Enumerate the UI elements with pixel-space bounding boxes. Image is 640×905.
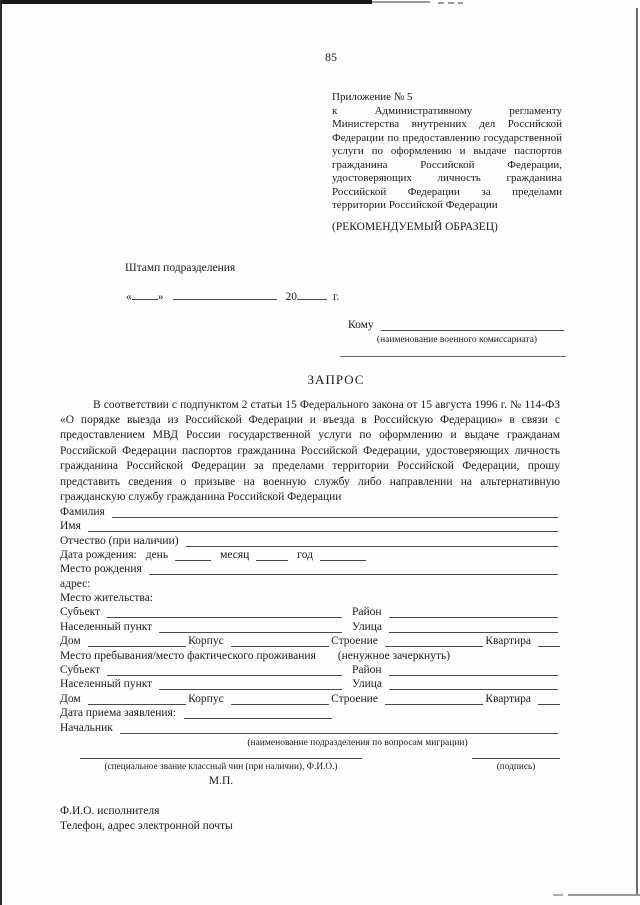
stay-subject-district-row: Субъект Район <box>60 664 560 678</box>
residence-heading-row: Место жительства: <box>60 592 560 606</box>
seal-mark: М.П. <box>80 774 362 788</box>
to-blank <box>381 330 564 331</box>
birth-date-label: Дата рождения: <box>60 548 137 563</box>
stay-street-blank <box>389 689 558 690</box>
residence-subject-col: Субъект <box>60 605 344 620</box>
body-paragraph: В соответствии с подпунктом 2 статьи 15 … <box>60 398 560 506</box>
scan-edge-bottom <box>568 894 640 896</box>
page-number: 85 <box>325 50 560 65</box>
date-day-blank <box>132 289 158 300</box>
residence-settlement-street-row: Населенный пункт Улица <box>60 620 560 634</box>
stay-subject-blank <box>107 675 342 676</box>
form-title: ЗАПРОС <box>86 372 586 388</box>
to-blank-second-line <box>340 346 566 357</box>
application-date-row: Дата приема заявления: <box>60 707 560 721</box>
birth-place-blank <box>149 574 558 575</box>
patronymic-label: Отчество (при наличии) <box>60 534 179 549</box>
application-date-label: Дата приема заявления: <box>60 706 176 721</box>
residence-structure-blank <box>385 646 483 647</box>
month-blank <box>256 550 288 561</box>
residence-apartment-blank <box>538 636 560 647</box>
chief-label: Начальник <box>60 721 113 736</box>
addressee-block: Кому (наименование военного комиссариата… <box>348 318 566 357</box>
signature-right-block: (подпись) <box>472 758 560 773</box>
date-year-suffix: г. <box>333 291 339 303</box>
stay-house-blank <box>88 704 186 705</box>
structure-label: Строение <box>331 692 378 707</box>
stay-settlement-blank <box>159 689 342 690</box>
division-hint: (наименование подразделения по вопросам … <box>60 737 560 750</box>
rank-name-hint: (специальное звание классный чин (при на… <box>80 761 362 773</box>
date-month-blank <box>173 289 277 300</box>
residence-subject-blank <box>107 617 342 618</box>
stay-district-col: Район <box>352 663 560 678</box>
stay-block-blank <box>231 704 329 705</box>
to-label: Кому <box>348 318 374 333</box>
residence-heading: Место жительства: <box>60 591 153 606</box>
date-year-blank <box>297 289 327 300</box>
birth-place-row: Место рождения <box>60 563 560 577</box>
stay-heading-row: Место пребывания/место фактического прож… <box>60 649 560 663</box>
year-label: год <box>297 548 313 563</box>
residence-street-blank <box>389 632 558 633</box>
addressee-row: Кому <box>348 318 566 333</box>
apartment-label: Квартира <box>485 634 531 649</box>
house-label: Дом <box>60 692 81 707</box>
stay-house-row: Дом Корпус Строение Квартира <box>60 692 560 706</box>
settlement-label: Населенный пункт <box>60 677 152 692</box>
birth-place-label: Место рождения <box>60 562 142 577</box>
footer-block: Ф.И.О. исполнителя Телефон, адрес электр… <box>60 804 560 834</box>
residence-district-col: Район <box>352 605 560 620</box>
patronymic-row: Отчество (при наличии) <box>60 534 560 548</box>
signature-left-block: (специальное звание классный чин (при на… <box>80 758 362 788</box>
annex-block: Приложение № 5 к Административному регла… <box>332 91 562 213</box>
to-hint: (наименование военного комиссариата) <box>348 334 566 346</box>
given-name-label: Имя <box>60 519 81 534</box>
settlement-label: Населенный пункт <box>60 620 152 635</box>
residence-settlement-col: Населенный пункт <box>60 620 344 635</box>
sign-hint: (подпись) <box>472 761 560 773</box>
stay-settlement-street-row: Населенный пункт Улица <box>60 678 560 692</box>
subject-label: Субъект <box>60 663 100 678</box>
chief-row: Начальник <box>60 721 560 735</box>
stay-district-blank <box>389 675 558 676</box>
residence-house-blank <box>88 646 186 647</box>
day-label: день <box>146 548 168 563</box>
date-quote-close: » <box>158 291 164 303</box>
district-label: Район <box>352 663 382 678</box>
patronymic-blank <box>186 546 558 547</box>
scan-edge-bottom-dash <box>553 894 563 896</box>
chief-blank <box>120 733 558 734</box>
residence-house-row: Дом Корпус Строение Квартира <box>60 635 560 649</box>
date-century-prefix: 20 <box>286 291 298 303</box>
residence-subject-district-row: Субъект Район <box>60 606 560 620</box>
residence-settlement-blank <box>159 632 342 633</box>
surname-blank <box>112 517 558 518</box>
given-name-row: Имя <box>60 520 560 534</box>
surname-label: Фамилия <box>60 505 105 520</box>
district-label: Район <box>352 605 382 620</box>
block-label: Корпус <box>188 692 224 707</box>
year-blank <box>320 550 366 561</box>
stay-apartment-blank <box>538 694 560 705</box>
signature-row: (специальное звание классный чин (при на… <box>60 758 560 788</box>
executor-label: Ф.И.О. исполнителя <box>60 804 560 819</box>
annex-title: Приложение № 5 <box>332 91 562 105</box>
subject-label: Субъект <box>60 605 100 620</box>
stay-subject-col: Субъект <box>60 663 344 678</box>
residence-district-blank <box>389 617 558 618</box>
house-label: Дом <box>60 634 81 649</box>
surname-row: Фамилия <box>60 505 560 519</box>
stay-heading: Место пребывания/место фактического прож… <box>60 649 316 664</box>
unit-stamp-label: Штамп подразделения <box>125 261 560 276</box>
contacts-label: Телефон, адрес электронной почты <box>60 819 560 834</box>
day-blank <box>175 550 211 561</box>
stay-settlement-col: Населенный пункт <box>60 677 344 692</box>
date-row: «»20г. <box>126 289 560 305</box>
block-label: Корпус <box>188 634 224 649</box>
street-label: Улица <box>352 620 382 635</box>
residence-block-blank <box>231 646 329 647</box>
scanned-form-page: 85 Приложение № 5 к Административному ре… <box>0 0 640 905</box>
residence-street-col: Улица <box>352 620 560 635</box>
application-date-blank <box>184 708 332 719</box>
strike-hint: (ненужное зачеркнуть) <box>338 649 450 664</box>
birth-date-row: Дата рождения: день месяц год <box>60 549 560 563</box>
stay-structure-blank <box>385 704 483 705</box>
recommended-sample-label: (РЕКОМЕНДУЕМЫЙ ОБРАЗЕЦ) <box>332 220 560 235</box>
address-heading-row: адрес: <box>60 577 560 591</box>
given-name-blank <box>88 531 558 532</box>
annex-body: к Административному регламенту Министерс… <box>332 105 562 213</box>
street-label: Улица <box>352 677 382 692</box>
address-heading: адрес: <box>60 577 90 592</box>
page-content: 85 Приложение № 5 к Административному ре… <box>0 0 640 834</box>
stay-street-col: Улица <box>352 677 560 692</box>
month-label: месяц <box>220 548 249 563</box>
apartment-label: Квартира <box>485 692 531 707</box>
structure-label: Строение <box>331 634 378 649</box>
